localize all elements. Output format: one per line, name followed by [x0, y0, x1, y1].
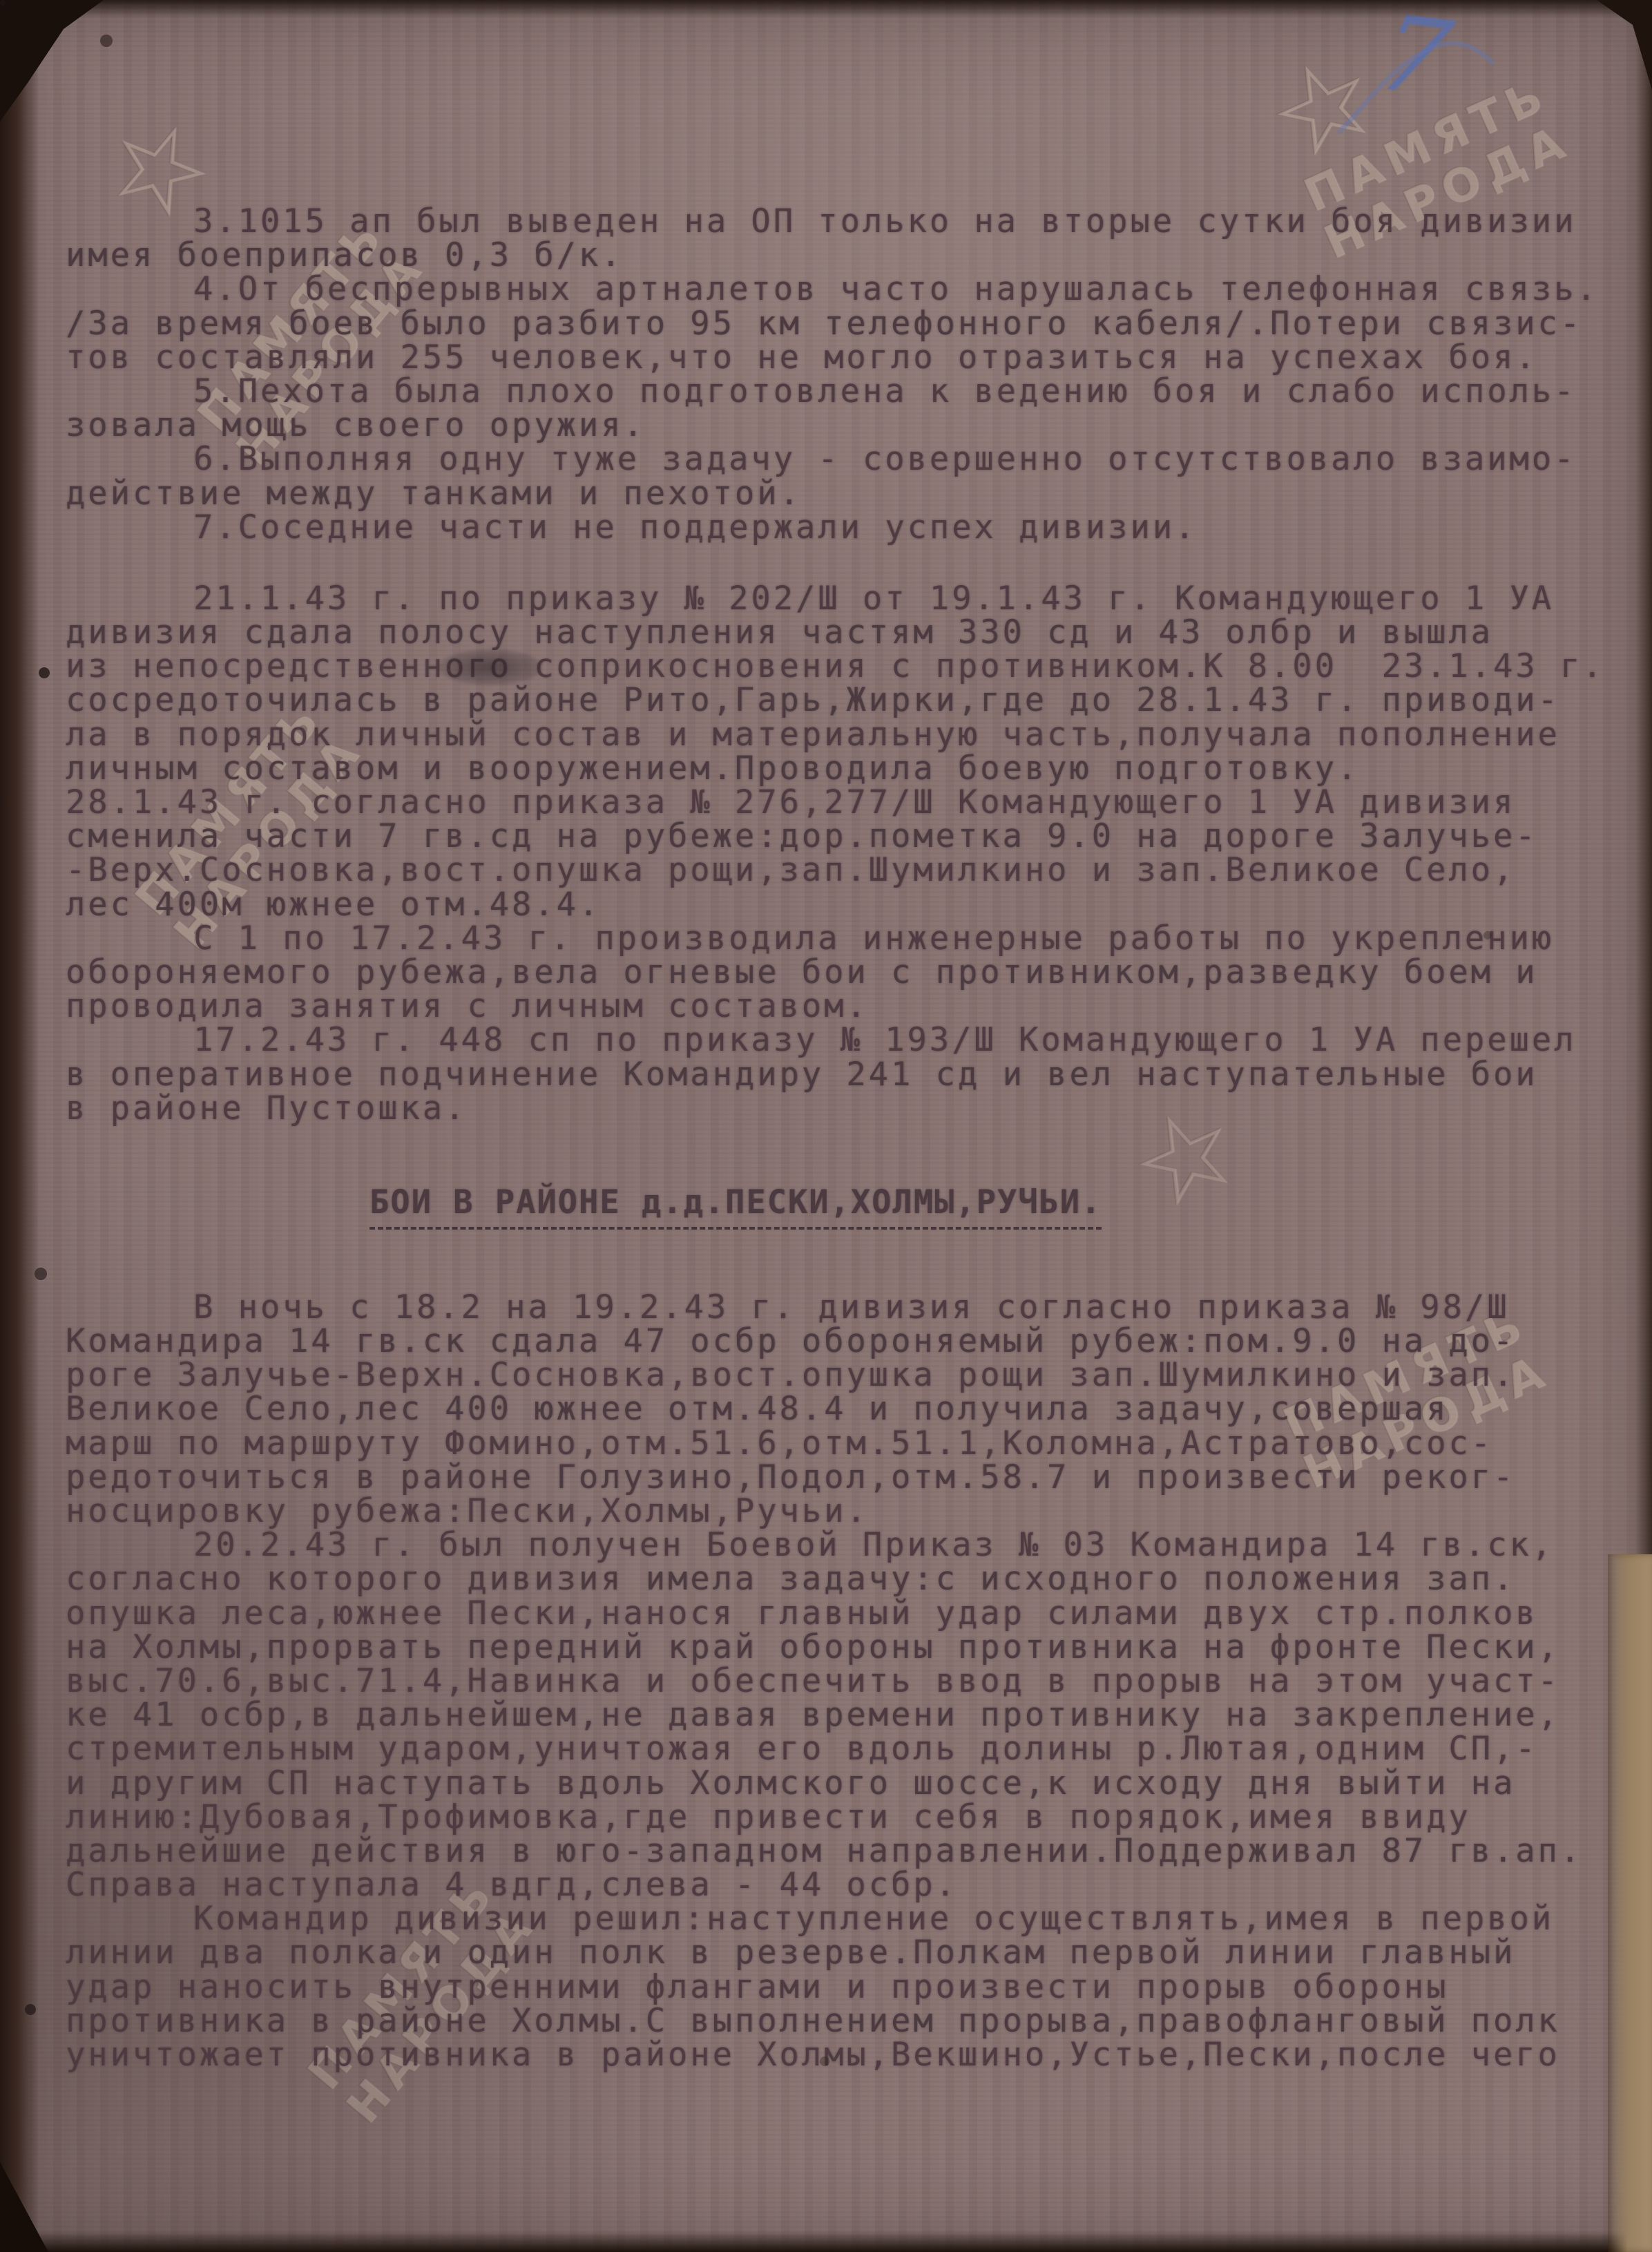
paper-edge-bottom	[0, 2231, 1652, 2252]
text-line: опушка леса,южнее Пески,нанося главный у…	[66, 1596, 1633, 1630]
paragraph: С 1 по 17.2.43 г. производила инженерные…	[66, 922, 1633, 1024]
paragraph: 21.1.43 г. по приказу № 202/Ш от 19.1.43…	[66, 582, 1633, 785]
text-line: линии два полка и один полк в резерве.По…	[66, 1936, 1633, 1969]
section-heading: БОИ В РАЙОНЕ д.д.ПЕСКИ,ХОЛМЫ,РУЧЬИ.	[369, 1183, 1102, 1230]
paragraph: 3.1015 ап был выведен на ОП только на вт…	[66, 204, 1633, 272]
paragraph: В ночь с 18.2 на 19.2.43 г. дивизия согл…	[66, 1290, 1633, 1528]
document-page: ☆ ПАМЯТЬ НАРОДА ☆ ПАМЯТЬ НАРОДА ПАМЯТЬ Н…	[0, 0, 1652, 2252]
paragraph: 17.2.43 г. 448 сп по приказу № 193/Ш Ком…	[66, 1023, 1633, 1125]
text-line: дальнейшие действия в юго-западном напра…	[66, 1834, 1633, 1868]
text-line: выс.70.6,выс.71.4,Навинка и обеспечить в…	[66, 1664, 1633, 1698]
paragraph: 7.Соседние части не поддержали успех див…	[66, 510, 1633, 544]
paper-edge-left	[0, 0, 39, 2252]
text-line: 20.2.43 г. был получен Боевой Приказ № 0…	[66, 1528, 1633, 1562]
paper-specks	[0, 0, 6, 6]
text-line: 4.От беспрерывных артналетов часто наруш…	[66, 272, 1633, 306]
typewritten-text-block: 3.1015 ап был выведен на ОП только на вт…	[66, 204, 1633, 2072]
page-number-handwritten: 7	[1363, 2, 1544, 149]
text-line: противника в районе Холмы.С выполнением …	[66, 2004, 1633, 2038]
text-line: 21.1.43 г. по приказу № 202/Ш от 19.1.43…	[66, 582, 1633, 616]
text-line: марш по маршруту Фомино,отм.51.6,отм.51.…	[66, 1426, 1633, 1460]
text-line: тов составляли 255 человек,что не могло …	[66, 341, 1633, 374]
text-line: 28.1.43 г. согласно приказа № 276,277/Ш …	[66, 785, 1633, 819]
text-line: 6.Выполняя одну туже задачу - совершенно…	[66, 442, 1633, 476]
text-line: на Холмы,прорвать передний край обороны …	[66, 1630, 1633, 1664]
text-line: в оперативное подчинение Командиру 241 с…	[66, 1058, 1633, 1091]
text-line: 7.Соседние части не поддержали успех див…	[66, 510, 1633, 544]
paragraph: Командир дивизии решил:наступление осуще…	[66, 1902, 1633, 2072]
text-line: имея боеприпасов 0,3 б/к.	[66, 238, 1633, 272]
text-line: лес 400м южнее отм.48.4.	[66, 888, 1633, 922]
text-line: и другим СП наступать вдоль Холмского шо…	[66, 1766, 1633, 1800]
text-line: линию:Дубовая,Трофимовка,где привести се…	[66, 1800, 1633, 1834]
text-line: /За время боев было разбито 95 км телефо…	[66, 307, 1633, 341]
text-line: носцировку рубежа:Пески,Холмы,Ручьи.	[66, 1494, 1633, 1528]
text-line: -Верх.Сосновка,вост.опушка рощи,зап.Шуми…	[66, 853, 1633, 887]
paper-edge-top	[0, 0, 1652, 18]
text-line: личным составом и вооружением.Проводила …	[66, 752, 1633, 785]
text-line: обороняемого рубежа,вела огневые бои с п…	[66, 955, 1633, 989]
paragraph: 6.Выполняя одну туже задачу - совершенно…	[66, 442, 1633, 510]
text-line: 17.2.43 г. 448 сп по приказу № 193/Ш Ком…	[66, 1023, 1633, 1057]
paper-edge-right-backing	[1608, 1554, 1652, 2252]
text-line: С 1 по 17.2.43 г. производила инженерные…	[66, 922, 1633, 955]
text-line: редоточиться в районе Голузино,Подол,отм…	[66, 1460, 1633, 1494]
text-line: сменила части 7 гв.сд на рубеже:дор.поме…	[66, 819, 1633, 853]
text-line: в районе Пустошка.	[66, 1091, 1633, 1125]
text-line: 3.1015 ап был выведен на ОП только на вт…	[66, 204, 1633, 238]
text-line: проводила занятия с личным составом.	[66, 989, 1633, 1023]
text-line: 5.Пехота была плохо подготовлена к веден…	[66, 374, 1633, 408]
text-line: из непосредственного соприкосновения с п…	[66, 649, 1633, 683]
text-line: удар наносить внутренними флангами и про…	[66, 1970, 1633, 2004]
text-line: ла в порядок личный состав и материальну…	[66, 718, 1633, 752]
text-line: В ночь с 18.2 на 19.2.43 г. дивизия согл…	[66, 1290, 1633, 1324]
text-line: ке 41 осбр,в дальнейшем,не давая времени…	[66, 1698, 1633, 1732]
ink-overstrike-smudge	[439, 649, 542, 685]
text-line: действие между танками и пехотой.	[66, 477, 1633, 510]
text-line: сосредоточилась в районе Рито,Гарь,Жирки…	[66, 683, 1633, 717]
text-line: Командира 14 гв.ск сдала 47 осбр обороня…	[66, 1324, 1633, 1358]
paragraph: 4.От беспрерывных артналетов часто наруш…	[66, 272, 1633, 374]
text-line: стремительным ударом,уничтожая его вдоль…	[66, 1732, 1633, 1766]
text-line: Великое Село,лес 400 южнее отм.48.4 и по…	[66, 1392, 1633, 1426]
text-line: согласно которого дивизия имела задачу:с…	[66, 1562, 1633, 1596]
text-line: роге Залучье-Верхн.Сосновка,вост.опушка …	[66, 1358, 1633, 1392]
paragraph: 28.1.43 г. согласно приказа № 276,277/Ш …	[66, 785, 1633, 922]
text-line: Командир дивизии решил:наступление осуще…	[66, 1902, 1633, 1936]
text-line: зовала мощь своего оружия.	[66, 408, 1633, 442]
text-line: дивизия сдала полосу наступления частям …	[66, 616, 1633, 649]
paragraph: 5.Пехота была плохо подготовлена к веден…	[66, 374, 1633, 442]
text-line: уничтожает противника в районе Холмы,Век…	[66, 2038, 1633, 2072]
text-line: Справа наступала 4 вдгд,слева - 44 осбр.	[66, 1868, 1633, 1902]
paragraph: 20.2.43 г. был получен Боевой Приказ № 0…	[66, 1528, 1633, 1902]
paper-edge-right	[1634, 0, 1652, 1596]
section-heading-row: БОИ В РАЙОНЕ д.д.ПЕСКИ,ХОЛМЫ,РУЧЬИ.	[369, 1183, 1633, 1230]
